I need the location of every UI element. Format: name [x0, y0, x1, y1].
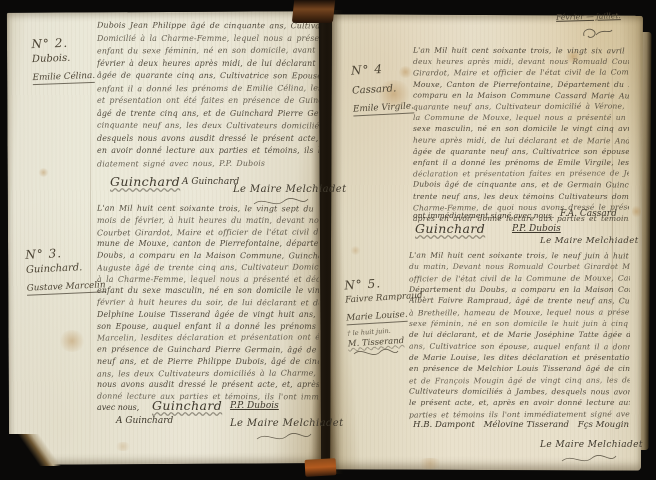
signature: Guinchard [110, 174, 180, 189]
signature: A Guinchard [182, 177, 239, 187]
registry-entry-number: N° 3. [25, 244, 104, 261]
crease-line [90, 22, 91, 458]
registry-entry-number: N° 4 [351, 60, 413, 77]
handwriting-line: Doubs, a comparu en la Maison Commune, G… [97, 250, 319, 263]
handwriting-line: Dubois âgé de cinquante ans, et de Germa… [413, 179, 629, 191]
handwriting-line: Auguste âgé de trente cinq ans, Cultivat… [97, 261, 319, 274]
handwriting-line: ans, Cultivatrice son épouse, auquel enf… [409, 340, 630, 352]
signature-closing: ont immédiatement signé avec nous. [413, 211, 554, 220]
handwriting-line: mois de février, à huit heures du matin,… [97, 215, 319, 227]
signature: A Guinchard [116, 416, 173, 426]
handwriting-line: mune de Mouxe, canton de Pierrefontaine,… [97, 238, 319, 250]
given-names-label: Emilie Célina. [32, 71, 95, 85]
handwriting-line: cinquante neuf ans, les deux Cultivateur… [97, 120, 319, 133]
signature: Le Maire Melchiadet [233, 184, 347, 195]
age-stain [632, 204, 641, 219]
handwriting-line: L'an Mil huit cent soixante trois, le vi… [413, 45, 629, 57]
registry-entry-number: N° 2. [31, 35, 94, 51]
signature: Guinchard [415, 221, 485, 236]
binding-tab-bottom [305, 458, 337, 477]
surname-label: Guinchard. [26, 261, 105, 275]
handwriting-line: enfant il a donné les prénoms de Emile V… [413, 157, 629, 168]
handwriting-line: Département du Doubs, a comparu en la Ma… [409, 284, 630, 295]
handwriting-line: trente neuf ans, les deux témoins Cultiv… [413, 191, 629, 202]
handwriting-line: Albert Faivre Rampraud, âgé de trente ne… [409, 295, 630, 307]
age-stain [114, 442, 132, 451]
handwriting-line: son Epouse, auquel enfant il a donné les… [97, 321, 319, 333]
age-stain [416, 458, 444, 469]
handwriting-line: Delphine Louise Tisserand âgée de vingt … [97, 309, 319, 321]
handwriting-line: officier de l'état civil de la Commune d… [409, 272, 630, 284]
handwriting-line: parties et témoins ils l'ont immédiateme… [409, 408, 630, 420]
handwriting-line: Cultivateurs domiciliés à Jambes, desque… [409, 386, 630, 398]
handwriting-line: L'an Mil huit cent soixante trois, le vi… [97, 203, 319, 215]
handwriting-line: de Marie Louise, les dites déclaration e… [409, 352, 630, 363]
handwriting-line: enfant du sexe masculin, né en son domic… [97, 285, 319, 297]
page-corner-curl [0, 434, 72, 466]
handwriting-line: Courbet Girardot, Maire et officier de l… [97, 226, 319, 239]
corner-date-note: Février — juillet. [556, 11, 621, 22]
paraph-flourish-icon [560, 454, 618, 466]
handwriting-line: âgée de quarante cinq ans, Cultivatrice … [97, 70, 319, 83]
margin-annotation-entry-2: N° 2. Dubois. Emilie Célina. [31, 35, 95, 85]
age-stain [58, 330, 86, 352]
handwriting-line: sexe masculin, né en son domicile le vin… [413, 123, 629, 134]
handwriting-line: neuf ans, et de Pierre Philippe Dubois, … [97, 356, 319, 368]
handwriting-line: quarante neuf ans, Cultivateur domicilié… [413, 101, 629, 113]
handwriting-line: en présence de Guinchard Pierre Germain,… [97, 344, 319, 357]
handwriting-line: en présence de Melchior Louis Tisserand … [409, 363, 630, 374]
handwriting-line: âgée de quarante neuf ans, Cultivatrice … [413, 146, 629, 157]
signature-row: H.B. Dampont Mélovine Tisserand Fçs Moug… [413, 420, 629, 430]
handwriting-block-entry-4: L'an Mil huit cent soixante trois, le vi… [413, 45, 629, 224]
signature: Le Maire Melchiadet [230, 418, 344, 429]
handwriting-line: le présent acte, et, après en avoir donn… [409, 397, 630, 408]
signature: P.P. Dubois [512, 224, 561, 234]
handwriting-line: à Bretheille, hameau de Mouxe, lequel no… [409, 306, 630, 318]
handwriting-line: février à deux heures après midi, de lui… [97, 58, 319, 71]
handwriting-block-entry-2: Dubois Jean Philippe âgé de cinquante an… [97, 20, 319, 171]
signature: H.B. Dampont [413, 420, 475, 430]
handwriting-line: comparu en la Maison Commune Cassard Mar… [413, 89, 629, 101]
handwriting-line: Marcelin, lesdites déclaration et présen… [97, 332, 319, 345]
age-stain [350, 246, 361, 255]
handwriting-line: âgé de trente cinq ans, et de Guinchard … [97, 108, 319, 121]
signature: Guinchard [152, 398, 222, 413]
signature: Fçs Mougin [578, 420, 629, 430]
handwriting-line: ans, les deux Cultivateurs domiciliés à … [97, 367, 319, 380]
handwriting-line: de lui déclarant, et de Marie Joséphine … [409, 329, 630, 340]
surname-label: Cassard. [352, 82, 413, 96]
handwriting-line: Girardot, Maire et officier de l'état ci… [413, 67, 629, 79]
margin-annotation-entry-3: N° 3. Guinchard. Gustave Marcelin [25, 244, 106, 295]
handwriting-line: Dubois Jean Philippe âgé de cinquante an… [97, 20, 319, 33]
handwriting-line: L'an Mil huit cent soixante trois, le ne… [409, 250, 630, 262]
handwriting-line: sexe féminin, né en son domicile le huit… [409, 318, 630, 329]
scanned-register-spread: N° 2. Dubois. Emilie Célina. Dubois Jean… [0, 0, 656, 480]
paraph-flourish-icon [580, 26, 614, 42]
signature: Mélovine Tisserand [484, 420, 569, 430]
paraph-flourish-icon [352, 348, 400, 360]
signature-closing: avec nous, [97, 403, 139, 412]
age-stain [38, 168, 49, 177]
handwriting-line: diatement signé avec nous, P.P. Dubois [97, 158, 319, 171]
handwriting-line: desquels nous avons ausdit dressé le pré… [97, 133, 319, 146]
handwriting-line: et présentation ont été faites en présen… [97, 95, 319, 108]
handwriting-line: Domicilié à la Charme-Femme, lequel nous… [97, 33, 319, 46]
signature: P.P. Dubois [230, 401, 279, 411]
handwriting-line: à la Charme-Femme, lequel nous a présent… [97, 274, 319, 286]
signature: F.A. Cassard [560, 209, 617, 219]
handwriting-line: enfant du sexe féminin, né en son domici… [97, 45, 319, 59]
handwriting-block-entry-3: L'an Mil huit cent soixante trois, le vi… [97, 203, 319, 403]
signature: Le Maire Melchiadet [540, 440, 643, 450]
paraph-flourish-icon [255, 432, 313, 444]
surname-label: Dubois. [32, 52, 95, 65]
handwriting-line: en avoir donné lecture aux parties et té… [97, 145, 319, 158]
handwriting-line: enfant il a donné les prénoms de Emilie … [97, 82, 319, 96]
handwriting-block-entry-5: L'an Mil huit cent soixante trois, le ne… [409, 250, 630, 420]
handwriting-line: février à huit heures du soir, de lui dé… [97, 297, 319, 310]
handwriting-line: la Commune de Mouxe, lequel nous a prése… [413, 112, 629, 123]
handwriting-line: Mouxe, Canton de Pierrefontaine, Départe… [413, 79, 629, 90]
signature: Le Maire Melchiadet [540, 236, 639, 246]
handwriting-line: du matin, Devant nous Romuald Courbet Gi… [409, 261, 630, 272]
given-names-label: Marie Louise. [346, 310, 408, 326]
handwriting-line: heure après midi, de lui déclarant et de… [413, 134, 629, 146]
margin-annotation-entry-4: N° 4 Cassard. Emile Virgile. [351, 60, 415, 116]
handwriting-line: nous avons ausdit dressé le présent acte… [97, 379, 319, 391]
